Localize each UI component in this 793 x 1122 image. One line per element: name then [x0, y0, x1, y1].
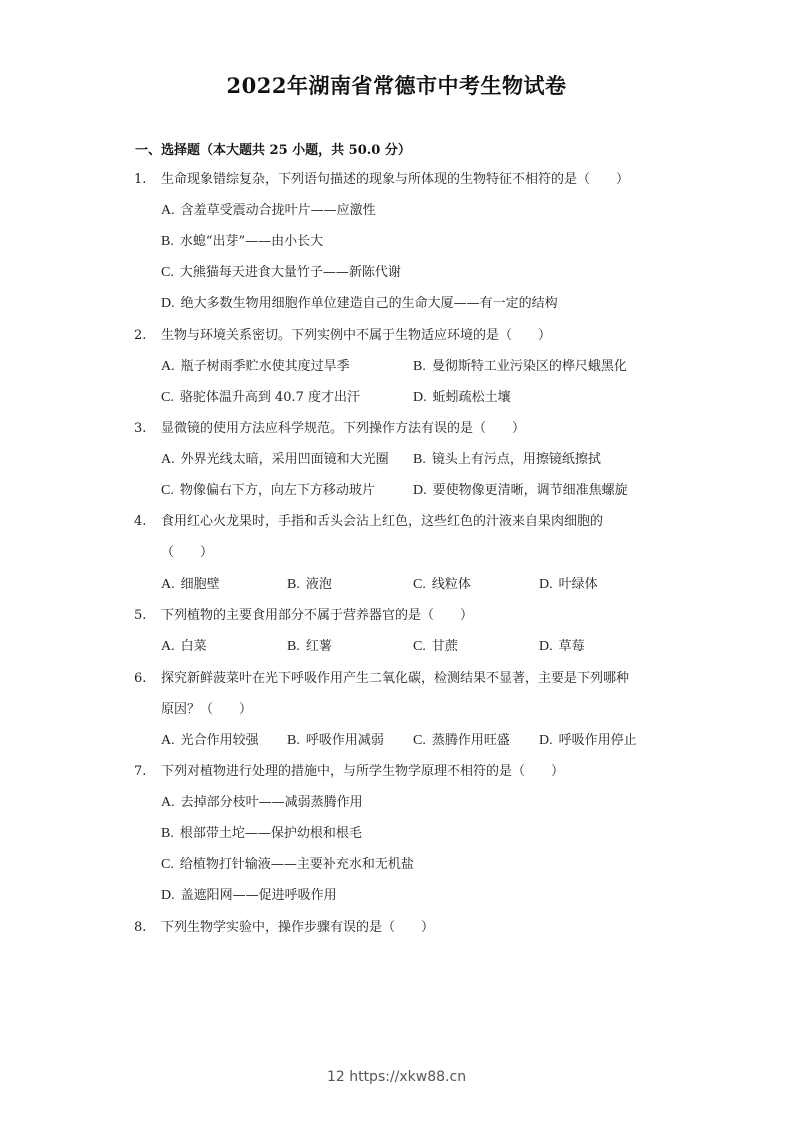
- option-d: D.叶绿体: [539, 577, 598, 593]
- option-a: A.光合作用较强: [161, 733, 259, 749]
- question-number: 8.: [134, 920, 146, 936]
- option-b: B.呼吸作用减弱: [287, 733, 384, 749]
- question-text: 显微镜的使用方法应科学规范。下列操作方法有误的是（ ）: [161, 421, 525, 437]
- option-a: A.含羞草受震动合拢叶片——应激性: [161, 203, 376, 219]
- option-c: C.物像偏右下方，向左下方移动玻片: [161, 483, 375, 499]
- option-a: A.去掉部分枝叶——减弱蒸腾作用: [161, 795, 363, 811]
- question-number: 1.: [134, 172, 146, 188]
- option-b: B.红薯: [287, 639, 332, 655]
- option-c: C.骆驼体温升高到 40.7 度才出汗: [161, 390, 360, 406]
- question-text-continued: （ ）: [161, 545, 213, 561]
- section-heading: 一、选择题（本大题共 25 小题，共 50.0 分）: [135, 139, 411, 158]
- option-b: B.液泡: [287, 577, 332, 593]
- option-c: C.甘蔗: [413, 639, 458, 655]
- option-d: D.绝大多数生物用细胞作单位建造自己的生命大厦——有一定的结构: [161, 296, 558, 312]
- question-text: 下列植物的主要食用部分不属于营养器官的是（ ）: [161, 608, 473, 624]
- option-d: D.蚯蚓疏松土壤: [413, 390, 511, 406]
- question-text: 生命现象错综复杂，下列语句描述的现象与所体现的生物特征不相符的是（ ）: [161, 172, 629, 188]
- option-c: C.蒸腾作用旺盛: [413, 733, 510, 749]
- option-b: B.镜头上有污点，用擦镜纸擦拭: [413, 452, 601, 468]
- question-number: 2.: [134, 328, 146, 344]
- option-b: B.曼彻斯特工业污染区的桦尺蛾黑化: [413, 359, 627, 375]
- option-d: D.草莓: [539, 639, 585, 655]
- question-text: 下列生物学实验中，操作步骤有误的是（ ）: [161, 920, 434, 936]
- option-d: D.呼吸作用停止: [539, 733, 637, 749]
- option-a: A.瓶子树雨季贮水使其度过旱季: [161, 359, 350, 375]
- question-number: 5.: [134, 608, 146, 624]
- question-number: 3.: [134, 421, 146, 437]
- question-text: 探究新鲜菠菜叶在光下呼吸作用产生二氧化碳，检测结果不显著，主要是下列哪种: [161, 671, 629, 687]
- question-text-continued: 原因？（ ）: [161, 702, 252, 718]
- option-a: A.白菜: [161, 639, 207, 655]
- option-a: A.外界光线太暗，采用凹面镜和大光圈: [161, 452, 389, 468]
- page-footer: 12 https://xkw88.cn: [0, 1069, 793, 1085]
- question-number: 6.: [134, 671, 146, 687]
- option-b: B.根部带土坨——保护幼根和根毛: [161, 826, 362, 842]
- option-c: C.线粒体: [413, 577, 471, 593]
- question-text: 下列对植物进行处理的措施中，与所学生物学原理不相符的是（ ）: [161, 764, 564, 780]
- page-title: 2022年湖南省常德市中考生物试卷: [0, 70, 793, 100]
- option-c: C.大熊猫每天进食大量竹子——新陈代谢: [161, 265, 401, 281]
- option-d: D.要使物像更清晰，调节细准焦螺旋: [413, 483, 628, 499]
- question-text: 食用红心火龙果时，手指和舌头会沾上红色，这些红色的汁液来自果肉细胞的: [161, 514, 603, 530]
- option-b: B.水螅“出芽”——由小长大: [161, 234, 323, 250]
- option-d: D.盖遮阳网——促进呼吸作用: [161, 888, 337, 904]
- question-number: 7.: [134, 764, 146, 780]
- question-number: 4.: [134, 514, 146, 530]
- question-text: 生物与环境关系密切。下列实例中不属于生物适应环境的是（ ）: [161, 328, 551, 344]
- option-c: C.给植物打针输液——主要补充水和无机盐: [161, 857, 414, 873]
- option-a: A.细胞壁: [161, 577, 220, 593]
